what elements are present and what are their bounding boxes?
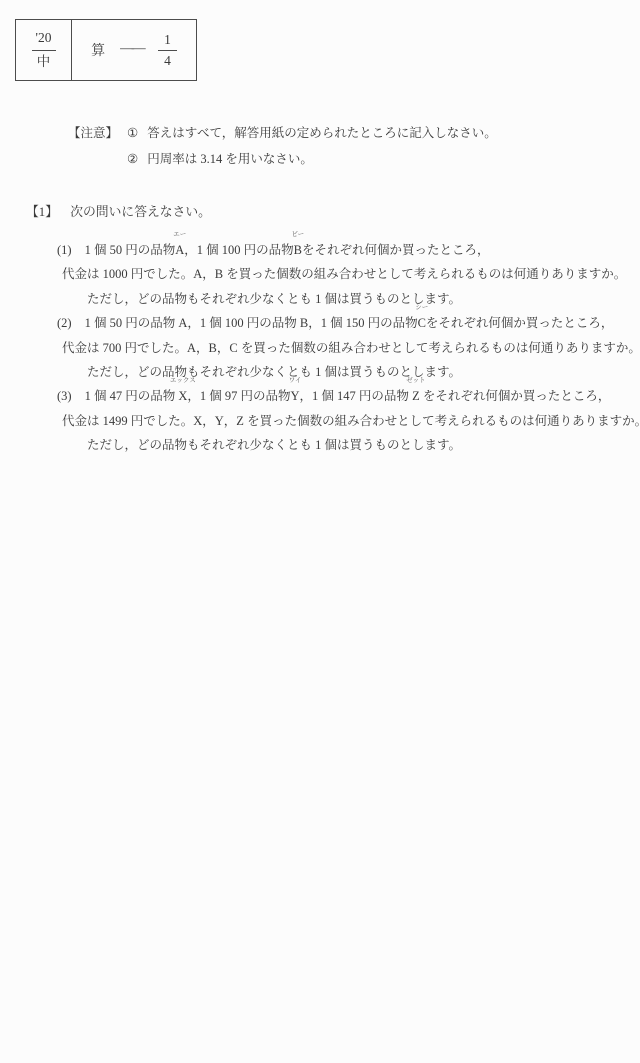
page-total: 4 [158,50,177,69]
page-fraction: 1 4 [158,32,177,68]
question-part-3: (3)1 個 47 円の品物 エックスX，1 個 97 円の品物ワイY，1 個 … [0,384,640,457]
notice-item-1-marker: ① [127,121,138,147]
subject-label: 算 [91,40,105,60]
part-1-line-2-text: 代金は 1000 円でした。A，B を買った個数の組み合わせとして考えられるもの… [62,267,626,281]
part-1-line-3-text: ただし，どの品物もそれぞれ少なくとも 1 個は買うものとします。 [87,292,461,306]
part-3-text-seg: ，1 個 97 円の品物 [187,389,290,403]
item-A-base: A [175,243,184,257]
page-number: 1 [158,32,177,50]
part-1-text-seg: 1 個 50 円の品物 [85,243,176,257]
notice-item-1: 【注意】 ① 答えはすべて，解答用紙の定められたところに記入しなさい。 [68,121,497,147]
part-3-marker: (3) [57,389,72,403]
part-3-line-2: 代金は 1499 円でした。X，Y，Z を買った個数の組み合わせとして考えられる… [0,409,640,433]
item-letter-Y: ワイY [291,384,300,408]
item-letter-Z: ゼットZ [412,384,420,408]
header-year-grade-cell: '20 中 [16,20,72,80]
part-2-line-2: 代金は 700 円でした。A，B，C を買った個数の組み合わせとして考えられるも… [0,336,640,360]
item-A-furigana: エー [173,232,186,239]
notice-item-2: ② 円周率は 3.14 を用いなさい。 [68,147,497,173]
item-letter-X: エックスX [178,384,187,408]
exam-year: '20 [36,31,52,46]
part-1-text-seg: ，1 個 100 円の品物 [184,243,293,257]
question-parts: (1)1 個 50 円の品物エーA，1 個 100 円の品物ビーBをそれぞれ何個… [0,238,640,458]
part-1-line-1: (1)1 個 50 円の品物エーA，1 個 100 円の品物ビーBをそれぞれ何個… [0,238,640,262]
part-1-line-2: 代金は 1000 円でした。A，B を買った個数の組み合わせとして考えられるもの… [0,262,640,286]
part-1-text-seg: をそれぞれ何個か買ったところ， [302,243,490,257]
year-grade-divider-line [32,50,56,51]
item-Y-furigana: ワイ [289,378,302,385]
item-Y-base: Y [291,389,300,403]
notice-label: 【注意】 [68,121,118,147]
item-C-base: C [418,316,426,330]
header-subject-page-cell: 算 —— 1 4 [72,20,196,80]
part-2-marker: (2) [57,316,72,330]
exam-grade: 中 [37,55,51,70]
item-letter-C: シーC [418,311,426,335]
item-X-furigana: エックス [170,378,196,385]
item-C-furigana: シー [415,305,428,312]
notice-item-2-marker: ② [127,147,138,173]
part-3-line-1: (3)1 個 47 円の品物 エックスX，1 個 97 円の品物ワイY，1 個 … [0,384,640,408]
part-2-line-3: ただし，どの品物もそれぞれ少なくとも 1 個は買うものとします。 [0,360,640,384]
part-2-line-1: (2)1 個 50 円の品物 A，1 個 100 円の品物 B，1 個 150 … [0,311,640,335]
item-B-base: B [294,243,302,257]
subject-dash: —— [120,41,143,57]
item-letter-A: エーA [175,238,184,262]
part-2-line-2-text: 代金は 700 円でした。A，B，C を買った個数の組み合わせとして考えられるも… [62,341,640,355]
item-X-base: X [178,389,187,403]
part-1-marker: (1) [57,243,72,257]
part-3-line-2-text: 代金は 1499 円でした。X，Y，Z を買った個数の組み合わせとして考えられる… [62,414,640,428]
part-3-line-3: ただし，どの品物もそれぞれ少なくとも 1 個は買うものとします。 [0,433,640,457]
notice-item-2-text: 円周率は 3.14 を用いなさい。 [147,147,313,173]
header-box: '20 中 算 —— 1 4 [15,19,197,81]
part-2-line-3-text: ただし，どの品物もそれぞれ少なくとも 1 個は買うものとします。 [87,365,461,379]
part-1-line-3: ただし，どの品物もそれぞれ少なくとも 1 個は買うものとします。 [0,287,640,311]
part-3-text-seg: をそれぞれ何個か買ったところ， [420,389,611,403]
question-part-2: (2)1 個 50 円の品物 A，1 個 100 円の品物 B，1 個 150 … [0,311,640,384]
exam-paper-page: '20 中 算 —— 1 4 【注意】 ① 答えはすべて，解答用紙の定められたと… [0,0,640,1063]
item-Z-furigana: ゼット [406,378,425,385]
part-3-text-seg: ，1 個 147 円の品物 [300,389,413,403]
question-part-1: (1)1 個 50 円の品物エーA，1 個 100 円の品物ビーBをそれぞれ何個… [0,238,640,311]
problem-number: 【1】 [26,205,58,219]
notice-item-1-text: 答えはすべて，解答用紙の定められたところに記入しなさい。 [147,121,497,147]
problem-heading: 【1】 次の問いに答えなさい。 [26,201,211,220]
part-3-line-3-text: ただし，どの品物もそれぞれ少なくとも 1 個は買うものとします。 [87,438,461,452]
part-2-text-seg: 1 個 50 円の品物 A，1 個 100 円の品物 B，1 個 150 円の品… [85,316,418,330]
item-B-furigana: ビー [291,232,304,239]
problem-intro: 次の問いに答えなさい。 [70,205,211,219]
part-2-text-seg: をそれぞれ何個か買ったところ， [426,316,614,330]
part-3-text-seg: 1 個 47 円の品物 [85,389,179,403]
item-Z-base: Z [412,389,420,403]
item-letter-B: ビーB [294,238,302,262]
notice-section: 【注意】 ① 答えはすべて，解答用紙の定められたところに記入しなさい。 ② 円周… [68,121,497,172]
